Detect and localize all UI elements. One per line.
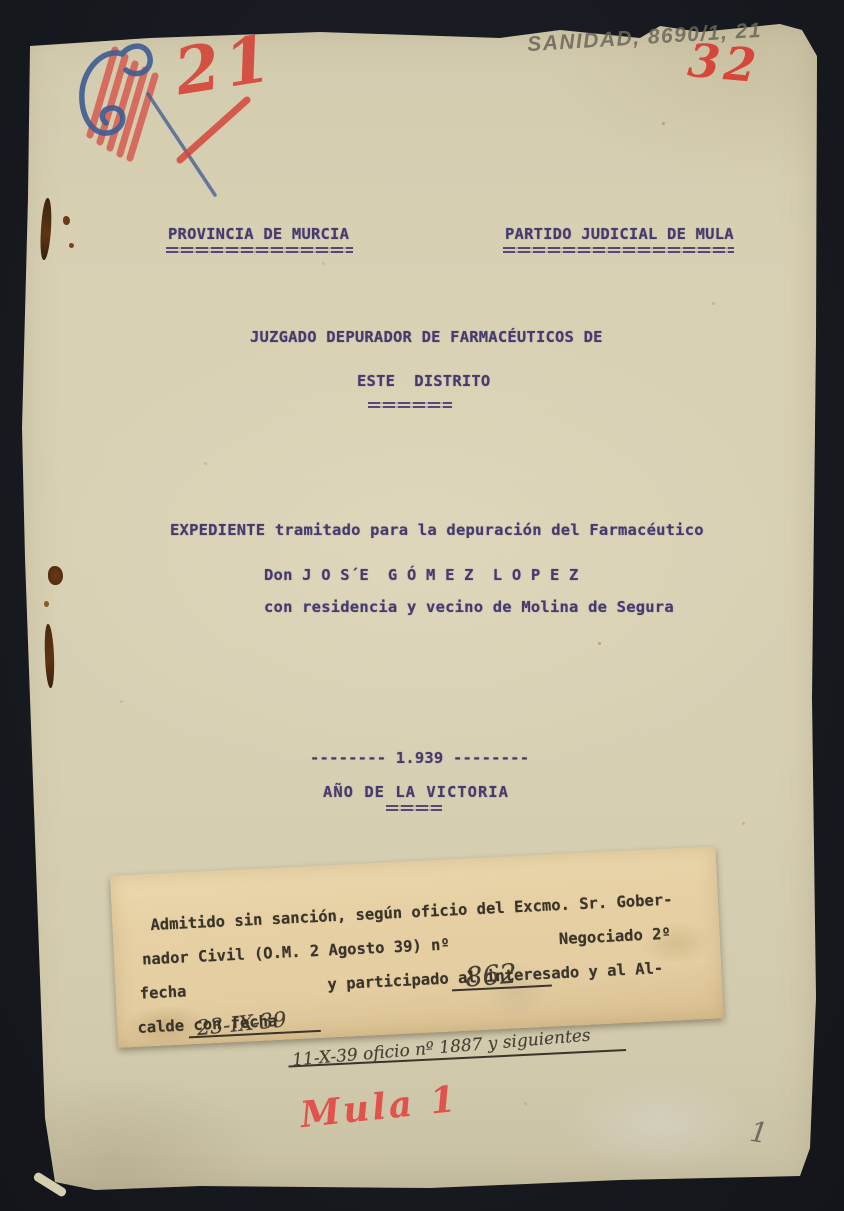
foxing-speck: [712, 302, 715, 305]
pharmacist-name: Don J O S´E G Ó M E Z L O P E Z: [264, 566, 579, 584]
court-title-line1: JUZGADO DEPURADOR DE FARMACÉUTICOS DE: [250, 328, 603, 346]
note-line-2-pre: nador Civil (O.M. 2 Agosto 39) nº: [142, 935, 450, 968]
red-folio-number-top-left: 21: [170, 21, 282, 111]
red-crayon-hatch: [90, 50, 155, 158]
foxing-speck: [662, 122, 665, 125]
binding-speck: [69, 243, 74, 248]
header-judicial-district: PARTIDO JUDICIAL DE MULA: [505, 225, 734, 243]
pharmacist-residence: con residencia y vecino de Molina de Seg…: [264, 598, 674, 616]
victory-motto: AÑO DE LA VICTORIA: [323, 783, 509, 801]
header-province-underline: [166, 247, 353, 253]
case-intro: EXPEDIENTE tramitado para la depuración …: [170, 521, 704, 539]
note-line-3-pre: fecha: [139, 982, 186, 1002]
court-title-underline: [368, 402, 452, 408]
victory-motto-underline: [386, 805, 442, 811]
foxing-speck: [524, 1102, 527, 1105]
foxing-speck: [322, 262, 325, 265]
court-title-line2: ESTE DISTRITO: [357, 372, 490, 390]
red-folio-number-top-right: 32: [686, 33, 762, 93]
header-judicial-district-underline: [503, 247, 734, 253]
binding-stain-middle: [48, 566, 63, 585]
foxing-speck: [204, 462, 207, 465]
foxing-speck: [742, 822, 745, 825]
scanned-document-view: 21 SANIDAD, 8690/1, 21 32 PROVINCIA DE M…: [0, 0, 844, 1211]
admission-note: Admitido sin sanción, según oficio del E…: [110, 846, 724, 1047]
year-line: -------- 1.939 --------: [310, 749, 529, 767]
binding-speck: [63, 216, 70, 225]
note-line-2-post: Negociado 2º: [549, 925, 671, 949]
header-province: PROVINCIA DE MURCIA: [168, 225, 349, 243]
binding-speck: [44, 601, 49, 607]
foxing-speck: [120, 700, 123, 703]
foxing-speck: [598, 642, 601, 645]
